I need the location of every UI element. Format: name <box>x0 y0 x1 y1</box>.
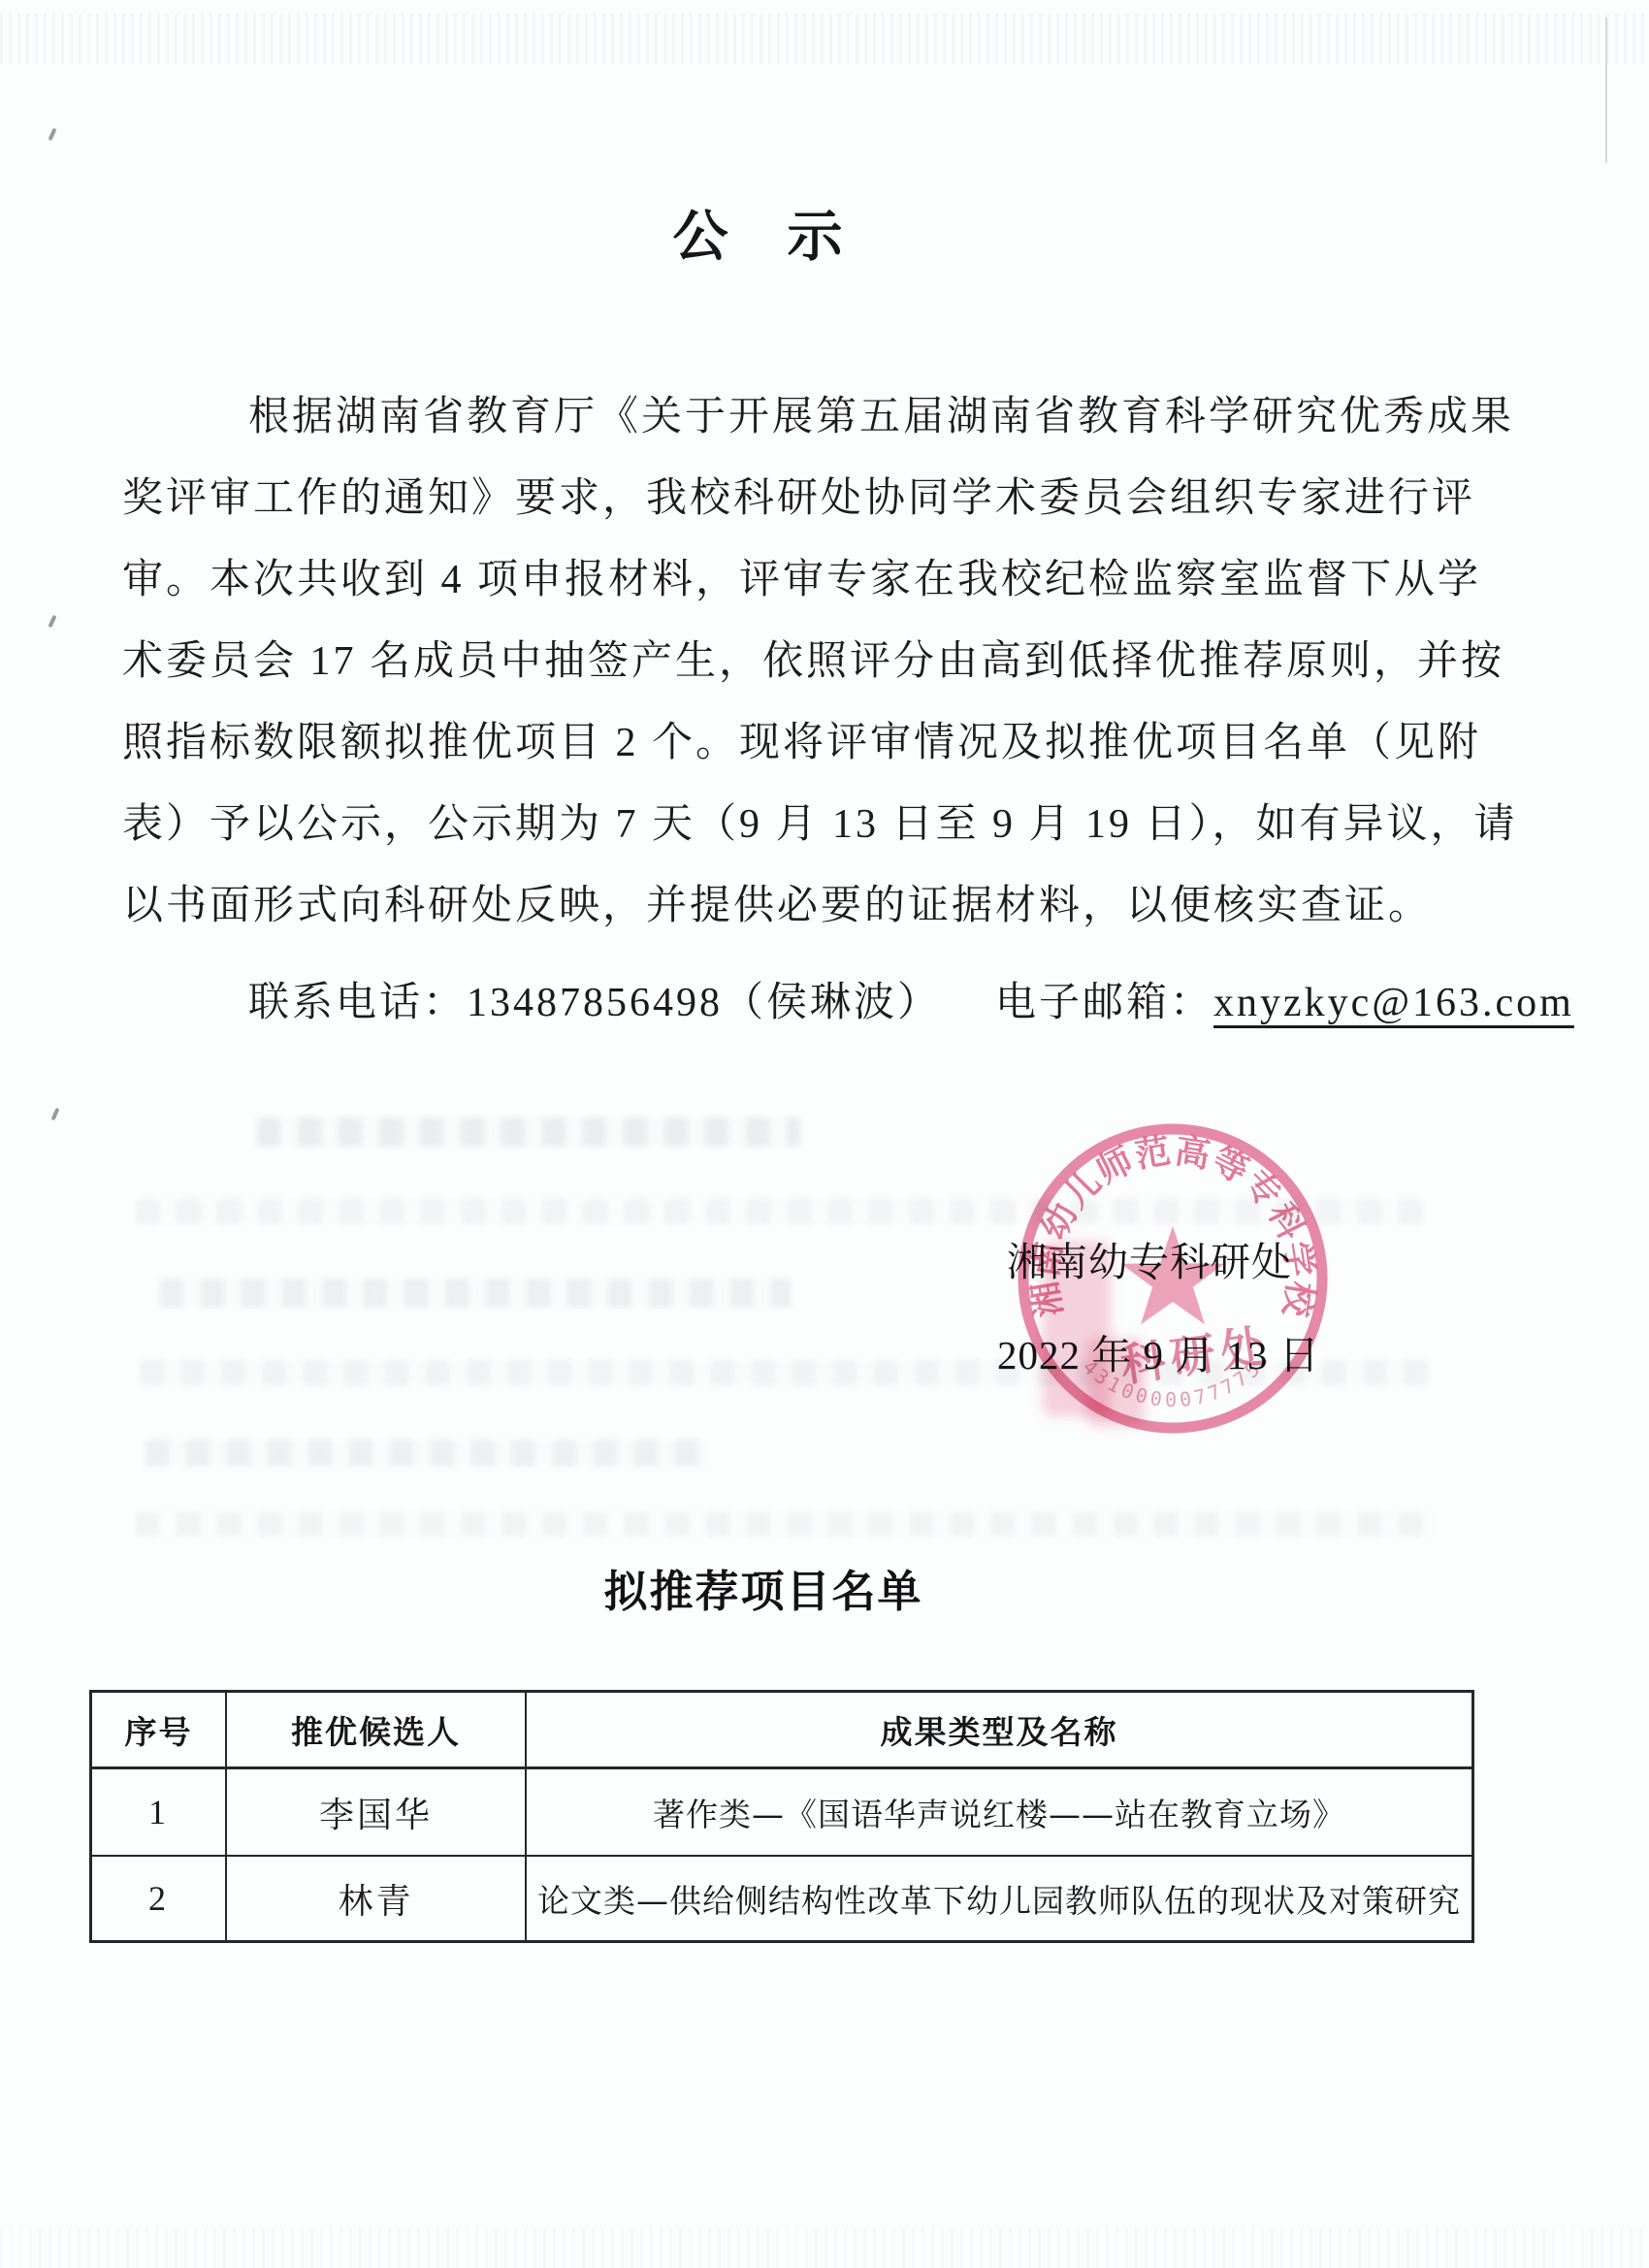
table-row1-result: 著作类—《国语华声说红楼——站在教育立场》 <box>527 1769 1471 1857</box>
scanned-announcement-page: 公 示 根据湖南省教育厅《关于开展第五届湖南省教育科学研究优秀成果 奖评审工作的… <box>0 0 1649 2268</box>
contact-email-label: 电子邮箱： <box>995 981 1213 1025</box>
recommended-projects-table: 序号 推优候选人 成果类型及名称 1 李国华 著作类—《国语华声说红楼——站在教… <box>89 1690 1474 1943</box>
bleed-through-line <box>160 1279 791 1308</box>
page-title: 公 示 <box>0 192 1517 272</box>
scan-speck <box>48 615 57 629</box>
announcement-body: 根据湖南省教育厅《关于开展第五届湖南省教育科学研究优秀成果 奖评审工作的通知》要… <box>122 376 1523 947</box>
table-header-index: 序号 <box>92 1693 227 1769</box>
bleed-through-line <box>136 1511 1436 1537</box>
scan-edge-line <box>1605 17 1607 163</box>
bleed-through-line <box>257 1118 800 1147</box>
body-line: 审。本次共收到 4 项申报材料，评审专家在我校纪检监察室监督下从学 <box>122 539 1523 621</box>
body-line: 表）予以公示，公示期为 7 天（9 月 13 日至 9 月 19 日），如有异议… <box>122 784 1523 865</box>
table-row1-candidate: 李国华 <box>227 1769 527 1857</box>
scan-noise-band-bottom <box>0 2227 1649 2268</box>
contact-email: xnyzkyc@163.com <box>1213 981 1574 1025</box>
scan-speck <box>48 128 57 142</box>
body-line: 以书面形式向科研处反映，并提供必要的证据材料，以便核实查证。 <box>122 865 1523 947</box>
body-line: 照指标数限额拟推优项目 2 个。现将评审情况及拟推优项目名单（见附 <box>122 702 1523 784</box>
contact-line: 联系电话：13487856498（侯琳波）电子邮箱：xnyzkyc@163.co… <box>122 962 1649 1044</box>
table-row2-candidate: 林青 <box>227 1857 527 1940</box>
contact-phone: 联系电话：13487856498（侯琳波） <box>248 981 941 1025</box>
table-header-candidate: 推优候选人 <box>227 1693 527 1769</box>
table-row2-index: 2 <box>92 1857 227 1940</box>
scan-speck <box>51 1108 60 1121</box>
body-line: 根据湖南省教育厅《关于开展第五届湖南省教育科学研究优秀成果 <box>122 376 1523 458</box>
table-row2-result: 论文类—供给侧结构性改革下幼儿园教师队伍的现状及对策研究 <box>527 1857 1471 1940</box>
attachment-heading: 拟推荐项目名单 <box>0 1556 1527 1619</box>
body-line: 奖评审工作的通知》要求，我校科研处协同学术委员会组织专家进行评 <box>122 458 1523 539</box>
table-row1-index: 1 <box>92 1769 227 1857</box>
official-seal: 湘南幼儿师范高等专科学校 科研处 4310000077775 <box>1008 1114 1338 1443</box>
seal-star <box>1121 1226 1225 1324</box>
body-line: 术委员会 17 名成员中抽签产生，依照评分由高到低择优推荐原则，并按 <box>122 621 1523 702</box>
bleed-through-line <box>145 1440 708 1467</box>
table-header-result: 成果类型及名称 <box>527 1693 1471 1769</box>
scan-noise-band-top <box>0 14 1649 64</box>
